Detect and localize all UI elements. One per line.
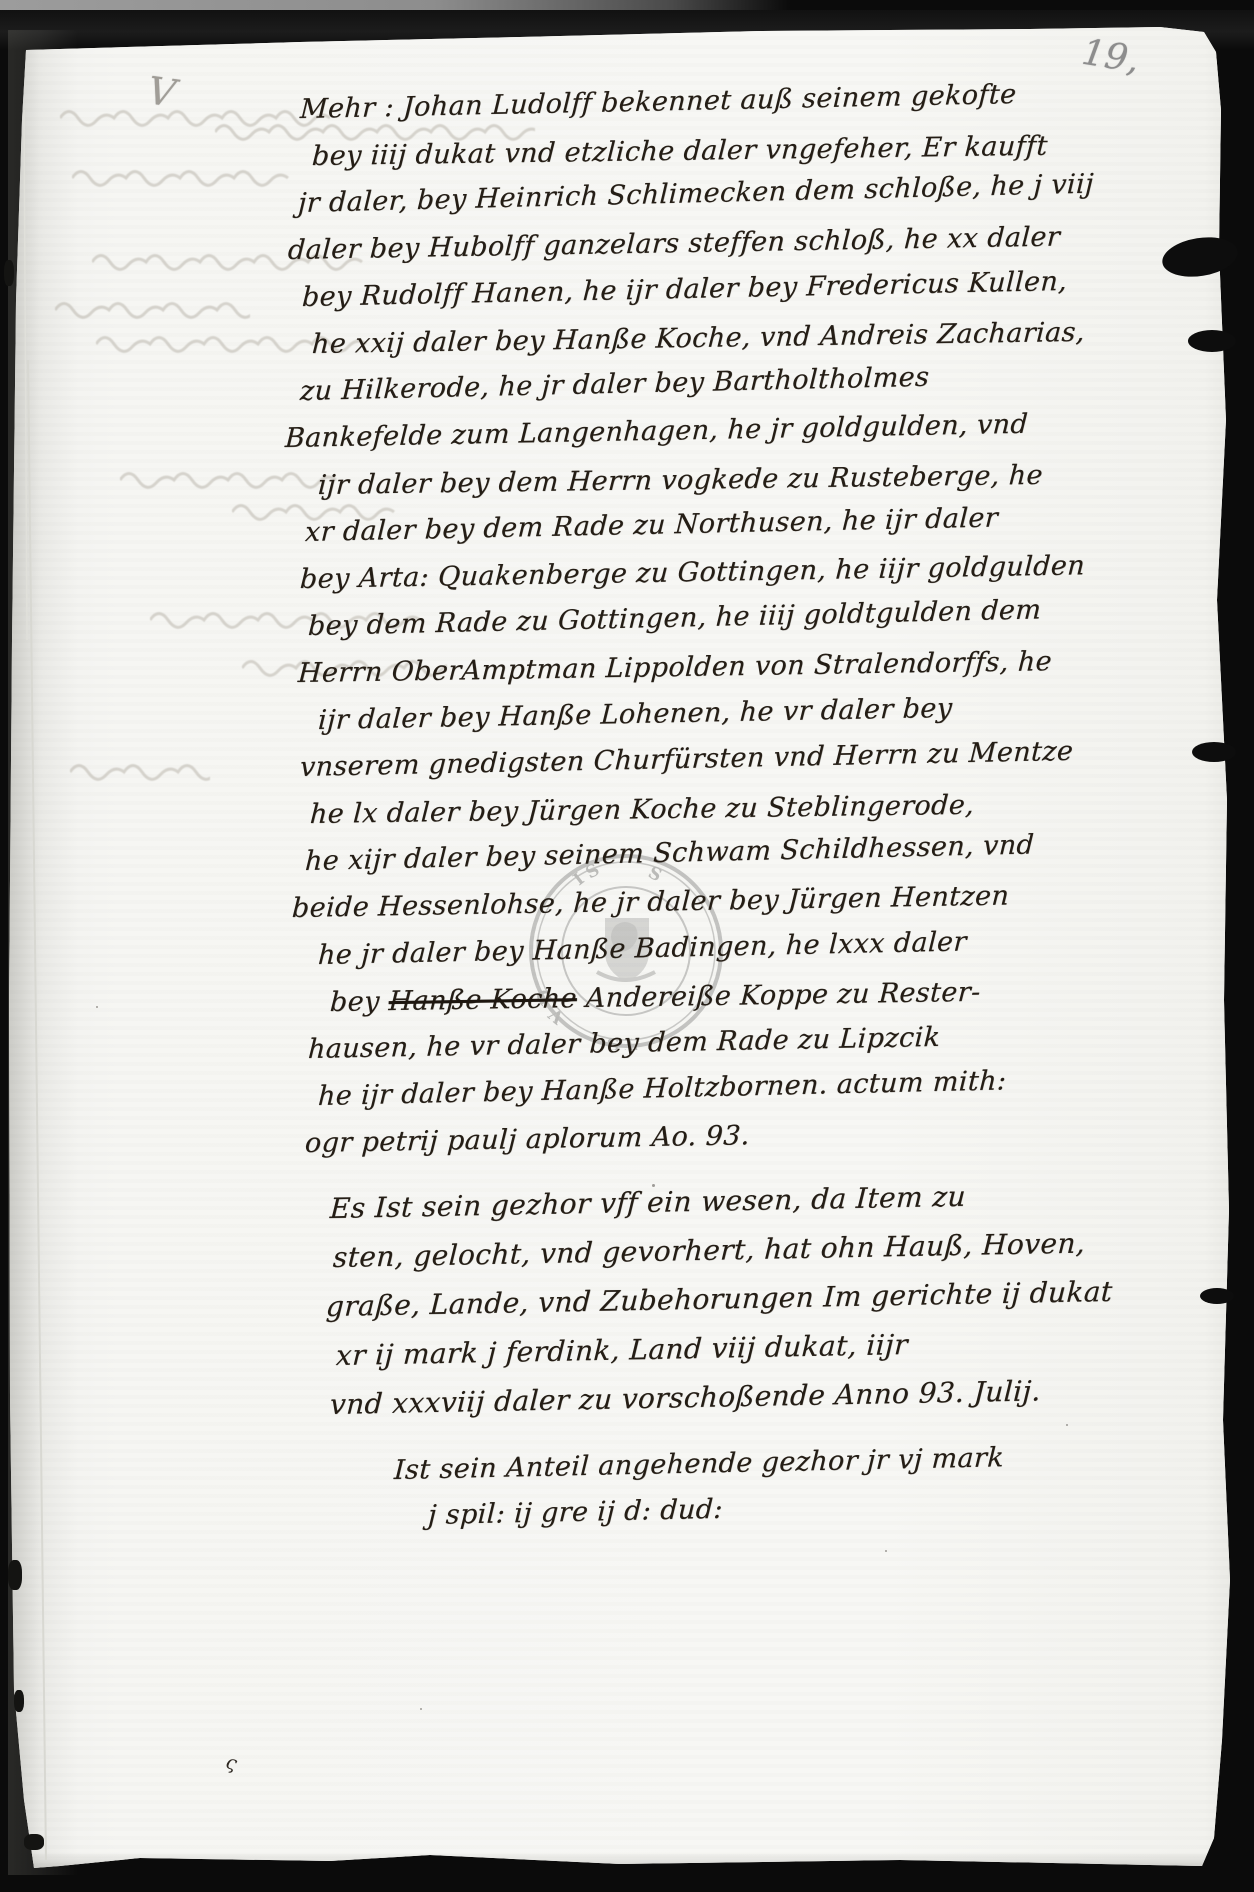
left-edge-nick (4, 260, 14, 286)
paper-speck (420, 1708, 422, 1710)
handwritten-line: j spil: ij gre ij d: dud: (427, 1494, 723, 1531)
left-edge-nick (8, 1560, 22, 1590)
right-edge-blob (1188, 330, 1236, 352)
line-segment: bey (329, 986, 389, 1018)
paper-speck (652, 1184, 655, 1187)
line-segment: Andereiße Koppe zu Rester- (576, 977, 981, 1014)
paper-speck (96, 1006, 98, 1008)
paper-speck (885, 1550, 887, 1552)
left-edge-nick (14, 1690, 24, 1712)
paper-speck (1066, 1424, 1068, 1426)
right-edge-blob (1200, 1288, 1234, 1304)
show-through-mark (55, 300, 250, 326)
show-through-mark (120, 470, 345, 496)
right-edge-blob (1192, 742, 1236, 762)
manuscript-scan: 19, V S I S D V S T Mehr : Johan Ludolff… (0, 0, 1254, 1892)
struck-through-words: Hanße Koche (388, 983, 578, 1017)
show-through-mark (70, 762, 210, 788)
left-edge-nick (24, 1834, 44, 1850)
show-through-mark (72, 168, 292, 194)
pencil-page-number: 19, (1079, 32, 1142, 81)
